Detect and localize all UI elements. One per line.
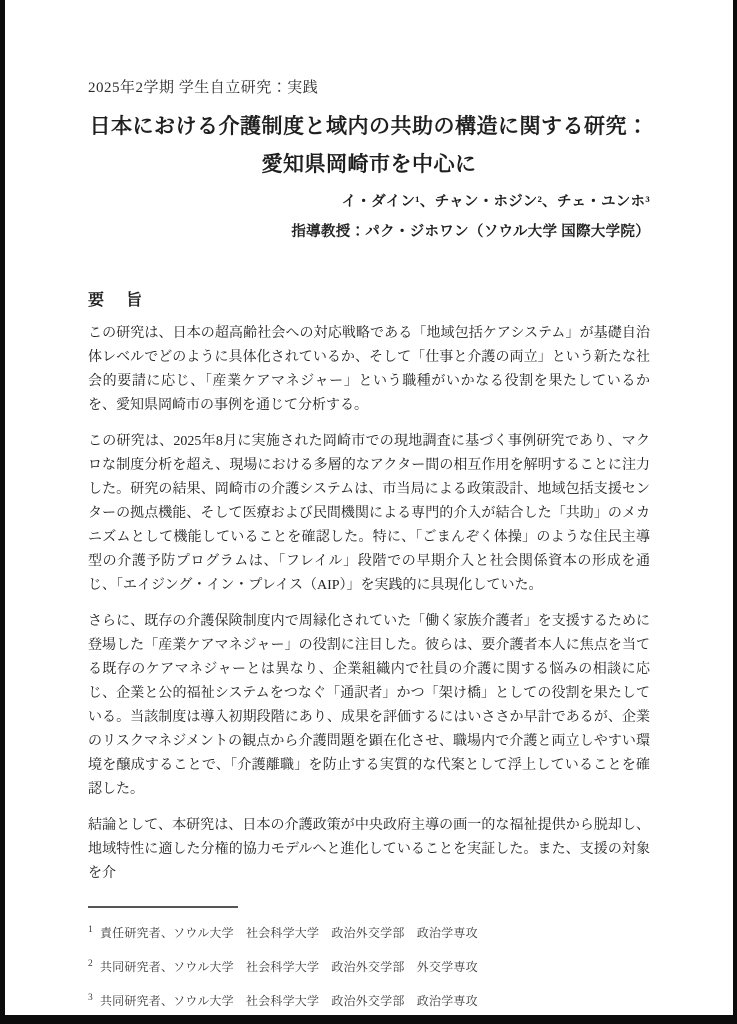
scanned-paper-page: { "doc": { "course_header": "2025年2学期 学生… <box>0 0 737 1024</box>
footnote-3: 3共同研究者、ソウル大学 社会科学大学 政治外交学部 政治学専攻 <box>88 990 650 1009</box>
footnote-1: 1責任研究者、ソウル大学 社会科学大学 政治外交学部 政治学専攻 <box>88 922 650 941</box>
photo-edge-right <box>733 0 737 1024</box>
course-header: 2025年2学期 学生自立研究：実践 <box>88 76 650 97</box>
photo-edge-bottom <box>0 1015 737 1024</box>
footnote-1-number: 1 <box>88 925 93 935</box>
abstract-paragraph-4: 結論として、本研究は、日本の介護政策が中央政府主導の画一的な福祉提供から脱却し、… <box>88 814 650 886</box>
footnote-2-text: 共同研究者、ソウル大学 社会科学大学 政治外交学部 外交学専攻 <box>100 960 478 974</box>
footnote-3-number: 3 <box>88 993 93 1003</box>
paper-title-line2: 愛知県岡崎市を中心に <box>88 145 650 183</box>
abstract-paragraph-1: この研究は、日本の超高齢社会への対応戦略である「地域包括ケアシステム」が基礎自治… <box>88 322 650 418</box>
footnote-1-text: 責任研究者、ソウル大学 社会科学大学 政治外交学部 政治学専攻 <box>100 926 478 940</box>
footnotes-section: 1責任研究者、ソウル大学 社会科学大学 政治外交学部 政治学専攻 2共同研究者、… <box>88 906 650 1009</box>
photo-edge-left <box>0 0 5 1024</box>
footnote-separator-rule <box>88 906 238 908</box>
advisor-line: 指導教授：パク・ジホワン（ソウル大学 国際大学院） <box>88 217 650 247</box>
footnote-2: 2共同研究者、ソウル大学 社会科学大学 政治外交学部 外交学専攻 <box>88 956 650 975</box>
abstract-paragraph-3: さらに、既存の介護保険制度内で周縁化されていた「働く家族介護者」を支援するために… <box>88 610 650 802</box>
abstract-heading: 要 旨 <box>88 287 650 310</box>
footnote-3-text: 共同研究者、ソウル大学 社会科学大学 政治外交学部 政治学専攻 <box>100 994 478 1008</box>
footnote-2-number: 2 <box>88 959 93 969</box>
byline-block: イ・ダイン¹、チャン・ホジン²、チェ・ユンホ³ 指導教授：パク・ジホワン（ソウル… <box>88 187 650 247</box>
abstract-paragraph-2: この研究は、2025年8月に実施された岡崎市での現地調査に基づく事例研究であり、… <box>88 430 650 598</box>
paper-page: 2025年2学期 学生自立研究：実践 日本における介護制度と域内の共助の構造に関… <box>88 0 650 1024</box>
authors-line: イ・ダイン¹、チャン・ホジン²、チェ・ユンホ³ <box>88 187 650 217</box>
paper-title-line1: 日本における介護制度と域内の共助の構造に関する研究： <box>88 107 650 145</box>
abstract-body: この研究は、日本の超高齢社会への対応戦略である「地域包括ケアシステム」が基礎自治… <box>88 322 650 886</box>
title-block: 日本における介護制度と域内の共助の構造に関する研究： 愛知県岡崎市を中心に <box>88 107 650 183</box>
